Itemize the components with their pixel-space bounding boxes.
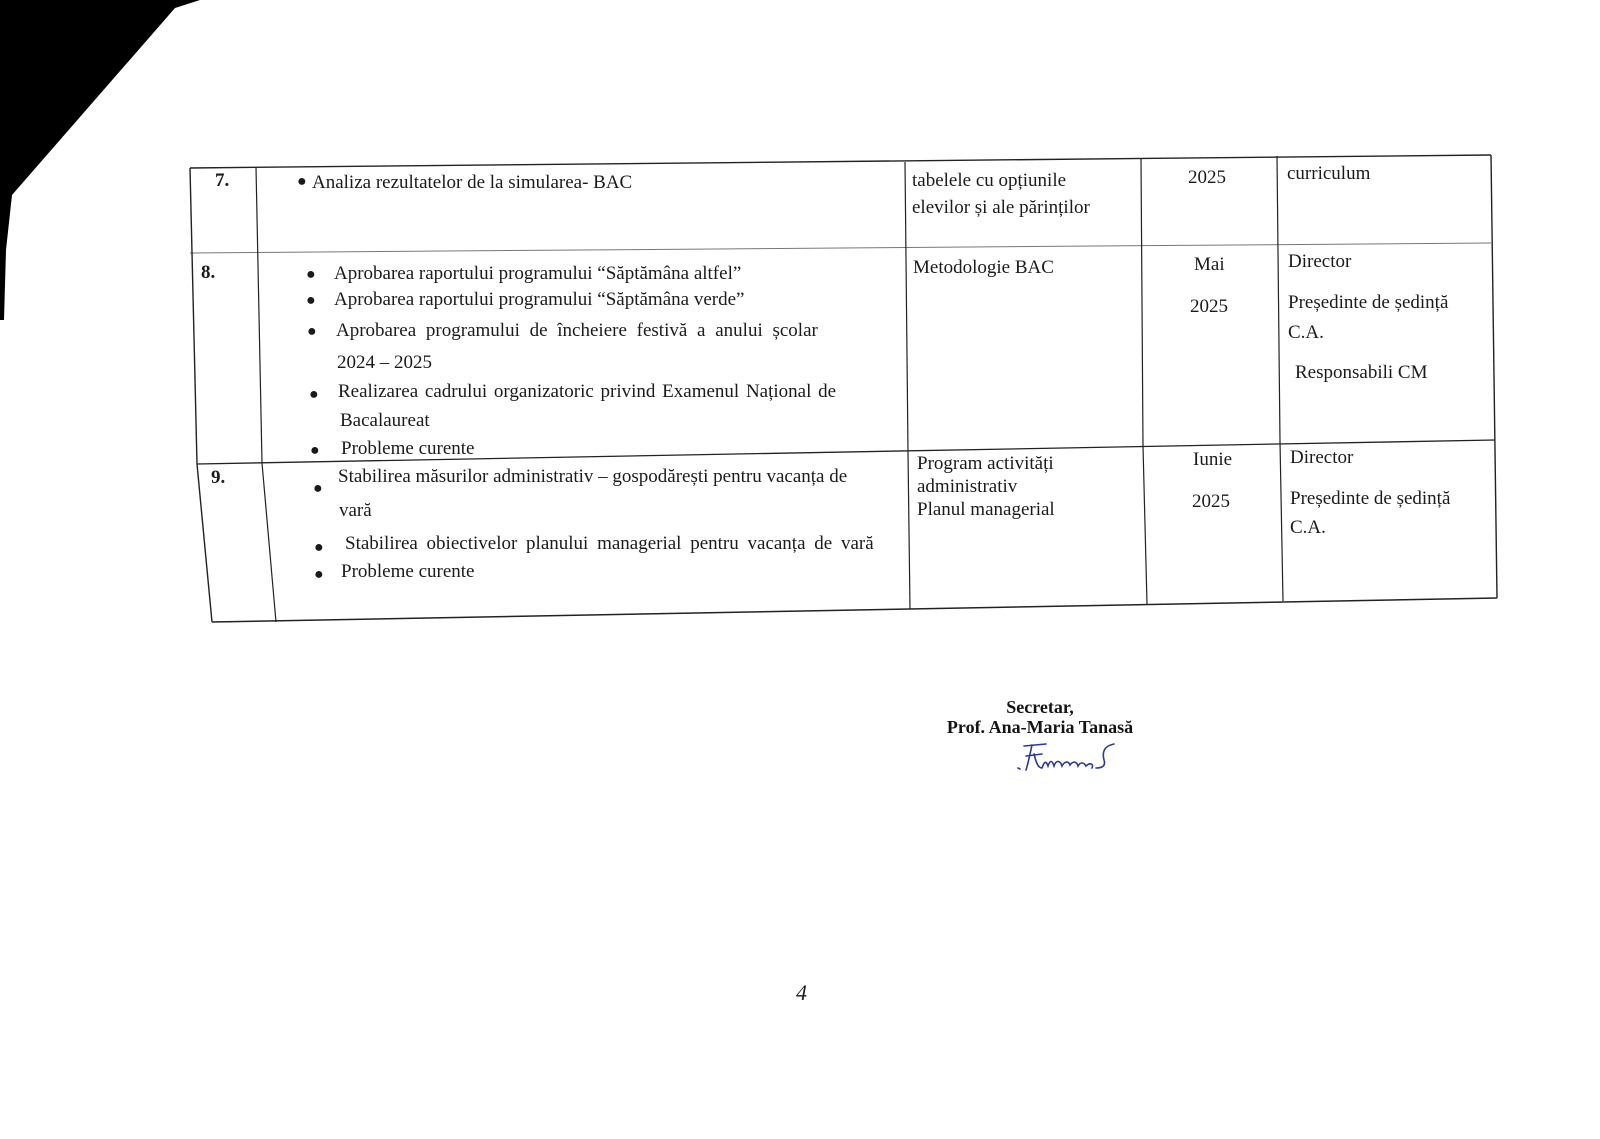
period-line: 2025 <box>1188 167 1226 189</box>
resource-line: elevilor și ale părinților <box>912 197 1090 219</box>
page-number: 4 <box>796 980 807 1006</box>
topic-item: Stabilirea obiectivelor planului manager… <box>345 533 874 555</box>
responsible-line: C.A. <box>1290 517 1326 539</box>
responsible-line: Director <box>1288 251 1351 273</box>
row-number: 8. <box>201 262 215 284</box>
topic-item-continuation: 2024 – 2025 <box>337 352 432 374</box>
topic-item: Probleme curente <box>341 561 474 583</box>
period-line: 2025 <box>1192 491 1230 513</box>
resource-line: administrativ <box>917 476 1017 498</box>
row-number: 7. <box>215 170 229 192</box>
bullet-icon: ● <box>313 480 323 498</box>
bullet-icon: ● <box>310 442 320 460</box>
bullet-icon: ● <box>314 566 324 584</box>
topic-item: Probleme curente <box>341 438 474 460</box>
period-line: Iunie <box>1193 449 1232 471</box>
resource-line: Planul managerial <box>917 499 1055 521</box>
topic-item: Stabilirea măsurilor administrativ – gos… <box>338 466 847 488</box>
bullet-icon: ● <box>297 173 307 191</box>
signatory-role: Secretar, <box>940 697 1140 718</box>
bullet-icon: ● <box>306 266 316 284</box>
scan-shadow-corner <box>0 0 260 320</box>
resource-line: tabelele cu opțiunile <box>912 170 1066 192</box>
responsible-line: curriculum <box>1287 163 1370 185</box>
topic-item: Analiza rezultatelor de la simularea- BA… <box>312 172 632 194</box>
resource-line: Program activități <box>917 453 1054 475</box>
topic-item-continuation: Bacalaureat <box>340 410 430 432</box>
resource-line: Metodologie BAC <box>913 257 1054 279</box>
topic-item: Aprobarea programului de încheiere festi… <box>336 320 818 342</box>
topic-item: Aprobarea raportului programului “Săptăm… <box>334 289 744 311</box>
signatory-name: Prof. Ana-Maria Tanasă <box>920 717 1160 738</box>
responsible-line: Director <box>1290 447 1353 469</box>
responsible-line: Președinte de ședință <box>1290 488 1450 510</box>
bullet-icon: ● <box>309 386 319 404</box>
bullet-icon: ● <box>314 539 324 557</box>
bullet-icon: ● <box>306 292 316 310</box>
bullet-icon: ● <box>307 323 317 341</box>
responsible-line: C.A. <box>1288 322 1324 344</box>
responsible-line: Președinte de ședință <box>1288 292 1448 314</box>
handwritten-signature <box>1012 738 1122 778</box>
period-line: 2025 <box>1190 296 1228 318</box>
topic-item: Aprobarea raportului programului “Săptăm… <box>334 263 741 285</box>
topic-item-continuation: vară <box>339 500 372 522</box>
responsible-line: Responsabili CM <box>1295 362 1427 384</box>
period-line: Mai <box>1194 254 1225 276</box>
topic-item: Realizarea cadrului organizatoric privin… <box>338 381 836 403</box>
row-number: 9. <box>211 467 225 489</box>
